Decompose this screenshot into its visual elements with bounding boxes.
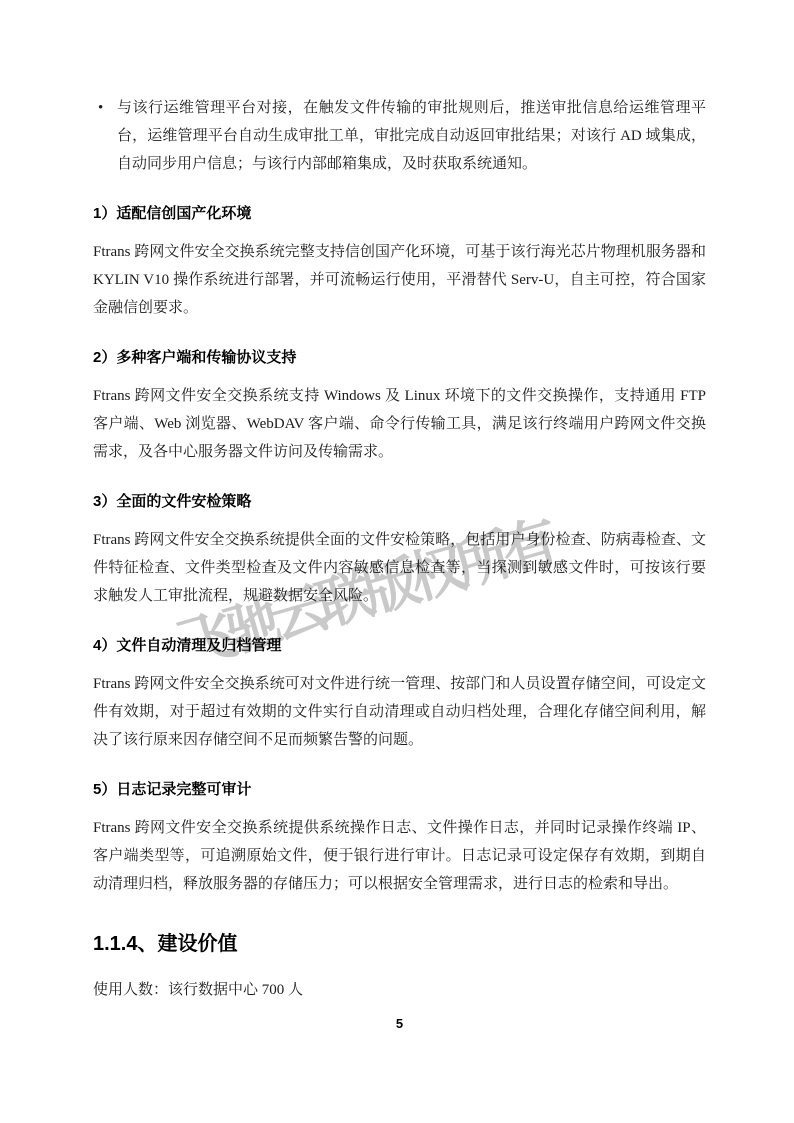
section-heading-3: 3）全面的文件安检策略 — [93, 488, 706, 516]
bullet-list-item: • 与该行运维管理平台对接，在触发文件传输的审批规则后，推送审批信息给运维管理平… — [93, 94, 706, 178]
page-content: • 与该行运维管理平台对接，在触发文件传输的审批规则后，推送审批信息给运维管理平… — [0, 0, 794, 1032]
section-body-2: Ftrans 跨网文件安全交换系统支持 Windows 及 Linux 环境下的… — [93, 382, 706, 466]
bullet-item-text: 与该行运维管理平台对接，在触发文件传输的审批规则后，推送审批信息给运维管理平台，… — [117, 100, 706, 172]
section-body-4: Ftrans 跨网文件安全交换系统可对文件进行统一管理、按部门和人员设置存储空间… — [93, 670, 706, 754]
subsection-heading: 1.1.4、建设价值 — [93, 928, 706, 960]
section-heading-4: 4）文件自动清理及归档管理 — [93, 632, 706, 660]
document-page: 飞驰云联版权所有 • 与该行运维管理平台对接，在触发文件传输的审批规则后，推送审… — [0, 0, 794, 1123]
section-heading-2: 2）多种客户端和传输协议支持 — [93, 344, 706, 372]
page-number: 5 — [93, 1016, 706, 1032]
section-body-5: Ftrans 跨网文件安全交换系统提供系统操作日志、文件操作日志，并同时记录操作… — [93, 814, 706, 898]
usage-count-line: 使用人数：该行数据中心 700 人 — [93, 976, 706, 1004]
bullet-icon: • — [98, 94, 103, 122]
section-body-3: Ftrans 跨网文件安全交换系统提供全面的文件安检策略，包括用户身份检查、防病… — [93, 526, 706, 610]
section-heading-1: 1）适配信创国产化环境 — [93, 200, 706, 228]
section-heading-5: 5）日志记录完整可审计 — [93, 776, 706, 804]
section-body-1: Ftrans 跨网文件安全交换系统完整支持信创国产化环境，可基于该行海光芯片物理… — [93, 238, 706, 322]
